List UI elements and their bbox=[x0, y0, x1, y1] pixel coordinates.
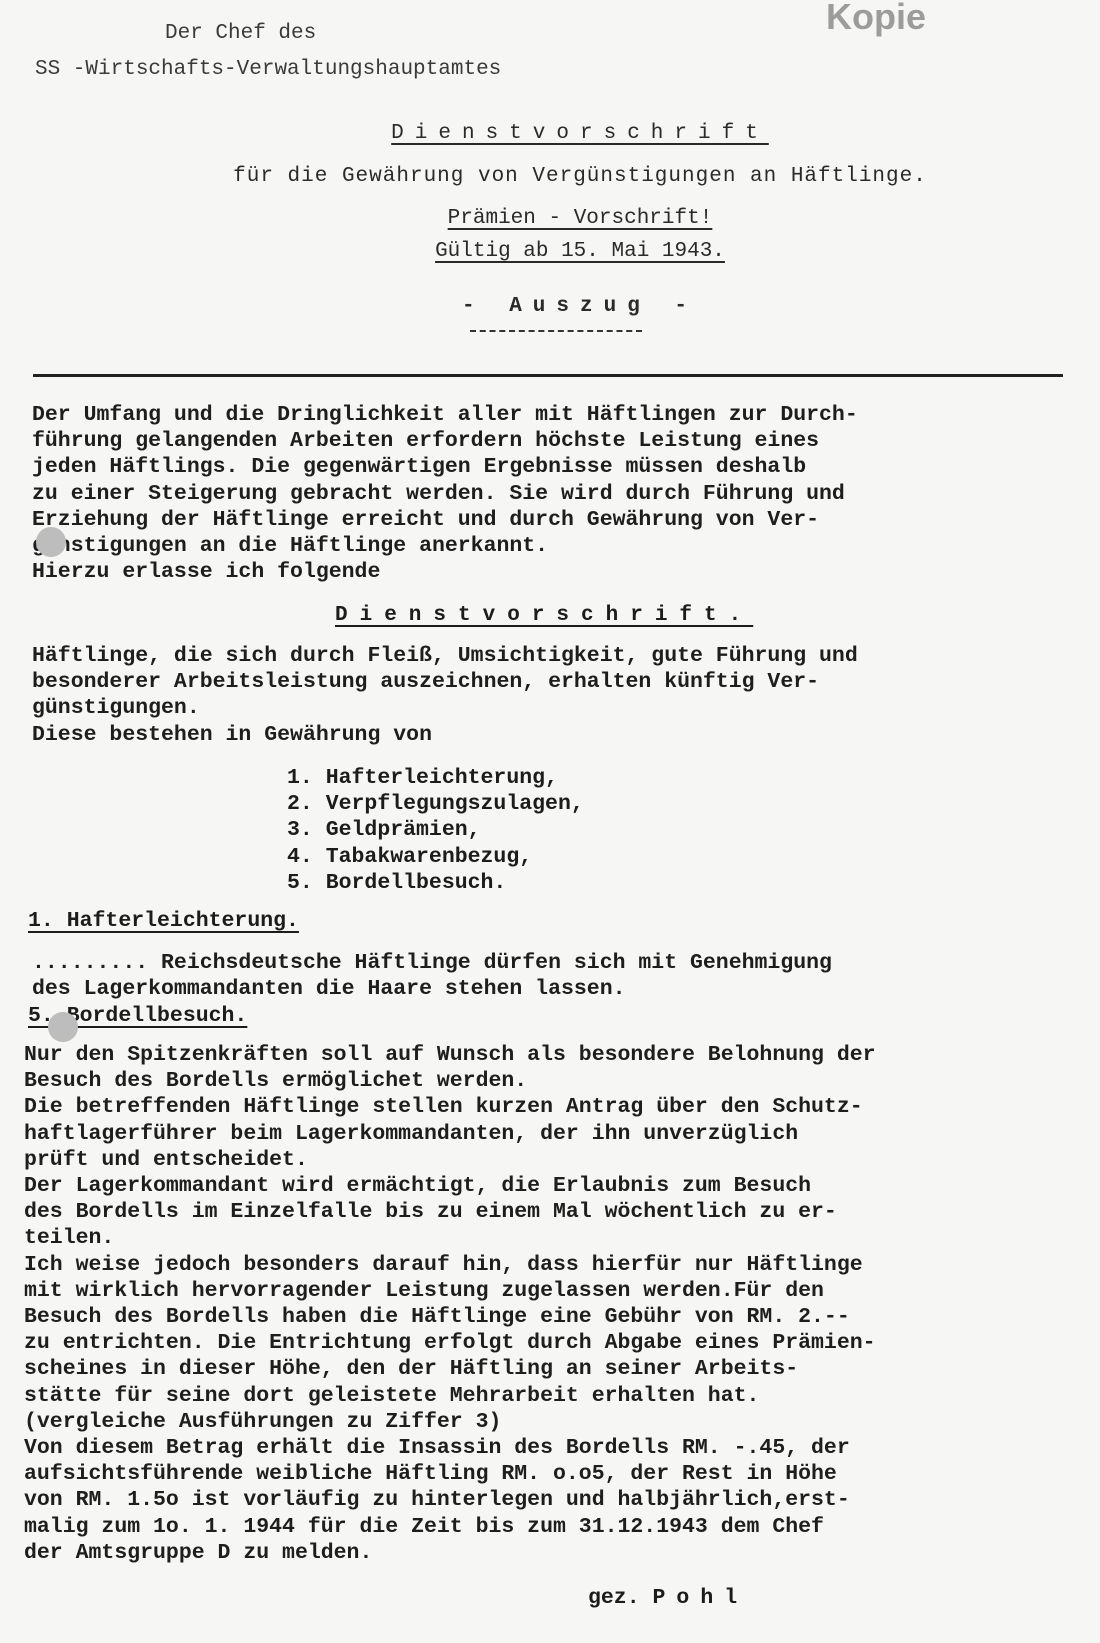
text-line: Nur den Spitzenkräften soll auf Wunsch a… bbox=[24, 1042, 1064, 1068]
document-kind: Prämien - Vorschrift! bbox=[30, 207, 1100, 230]
excerpt-dash-underline bbox=[470, 330, 642, 332]
list-item: 5. Bordellbesuch. bbox=[287, 870, 584, 896]
text-line: Besuch des Bordells haben die Häftlinge … bbox=[24, 1304, 1064, 1330]
redaction-dot bbox=[48, 1012, 78, 1042]
copy-stamp: Kopie bbox=[826, 0, 926, 38]
text-line: Häftlinge, die sich durch Fleiß, Umsicht… bbox=[32, 643, 1072, 669]
text-line: Erziehung der Häftlinge erreicht und dur… bbox=[32, 507, 1072, 533]
validity-date-text: Gültig ab 15. Mai 1943. bbox=[435, 240, 725, 263]
text-line: aufsichtsführende weibliche Häftling RM.… bbox=[24, 1461, 1064, 1487]
text-line: stätte für seine dort geleistete Mehrarb… bbox=[24, 1383, 1064, 1409]
document-title-text: Dienstvorschrift bbox=[391, 122, 769, 145]
text-line: teilen. bbox=[24, 1225, 1064, 1251]
redaction-dot bbox=[36, 527, 66, 557]
list-item: 4. Tabakwarenbezug, bbox=[287, 844, 584, 870]
text-line: zu entrichten. Die Entrichtung erfolgt d… bbox=[24, 1330, 1064, 1356]
text-line: Diese bestehen in Gewährung von bbox=[32, 722, 1072, 748]
section-1-body: ......... Reichsdeutsche Häftlinge dürfe… bbox=[32, 950, 1072, 1002]
section-5-body: Nur den Spitzenkräften soll auf Wunsch a… bbox=[24, 1042, 1064, 1566]
text-line: scheines in dieser Höhe, den der Häftlin… bbox=[24, 1356, 1064, 1382]
rules-paragraph: Häftlinge, die sich durch Fleiß, Umsicht… bbox=[32, 643, 1072, 748]
text-line: mit wirklich hervorragender Leistung zug… bbox=[24, 1278, 1064, 1304]
text-line: der Amtsgruppe D zu melden. bbox=[24, 1540, 1064, 1566]
text-line: Ich weise jedoch besonders darauf hin, d… bbox=[24, 1252, 1064, 1278]
excerpt-label: - Auszug - bbox=[30, 295, 1100, 318]
text-line: des Bordells im Einzelfalle bis zu einem… bbox=[24, 1199, 1064, 1225]
intro-paragraph: Der Umfang und die Dringlichkeit aller m… bbox=[32, 402, 1072, 585]
document-kind-text: Prämien - Vorschrift! bbox=[448, 207, 713, 230]
text-line: ......... Reichsdeutsche Häftlinge dürfe… bbox=[32, 950, 1072, 976]
text-line: besonderer Arbeitsleistung auszeichnen, … bbox=[32, 669, 1072, 695]
text-line: prüft und entscheidet. bbox=[24, 1147, 1064, 1173]
text-line: (vergleiche Ausführungen zu Ziffer 3) bbox=[24, 1409, 1064, 1435]
section-heading: Dienstvorschrift. bbox=[335, 604, 753, 627]
text-line: günstigungen an die Häftlinge anerkannt. bbox=[32, 533, 1072, 559]
list-item: 3. Geldprämien, bbox=[287, 817, 584, 843]
text-line: des Lagerkommandanten die Haare stehen l… bbox=[32, 976, 1072, 1002]
sender-line-2: SS -Wirtschafts-Verwaltungshauptamtes bbox=[35, 58, 501, 81]
sender-line-1: Der Chef des bbox=[165, 22, 316, 45]
section-1-heading: 1. Hafterleichterung. bbox=[28, 909, 299, 933]
validity-date: Gültig ab 15. Mai 1943. bbox=[30, 240, 1100, 263]
document-title: Dienstvorschrift bbox=[30, 122, 1100, 145]
benefits-list: 1. Hafterleichterung,2. Verpflegungszula… bbox=[287, 765, 584, 896]
list-item: 2. Verpflegungszulagen, bbox=[287, 791, 584, 817]
horizontal-rule bbox=[33, 374, 1063, 377]
text-line: von RM. 1.5o ist vorläufig zu hinterlege… bbox=[24, 1487, 1064, 1513]
signature-name: Pohl bbox=[653, 1586, 749, 1610]
signature: gez. Pohl bbox=[588, 1586, 748, 1610]
text-line: Hierzu erlasse ich folgende bbox=[32, 559, 1072, 585]
text-line: führung gelangenden Arbeiten erfordern h… bbox=[32, 428, 1072, 454]
document-subtitle: für die Gewährung von Vergünstigungen an… bbox=[30, 165, 1100, 188]
signature-prefix: gez. bbox=[588, 1586, 640, 1610]
text-line: zu einer Steigerung gebracht werden. Sie… bbox=[32, 481, 1072, 507]
text-line: Der Lagerkommandant wird ermächtigt, die… bbox=[24, 1173, 1064, 1199]
text-line: Besuch des Bordells ermöglichet werden. bbox=[24, 1068, 1064, 1094]
text-line: jeden Häftlings. Die gegenwärtigen Ergeb… bbox=[32, 454, 1072, 480]
document-page: Kopie Der Chef des SS -Wirtschafts-Verwa… bbox=[0, 0, 1100, 1643]
text-line: haftlagerführer beim Lagerkommandanten, … bbox=[24, 1121, 1064, 1147]
text-line: günstigungen. bbox=[32, 695, 1072, 721]
text-line: Von diesem Betrag erhält die Insassin de… bbox=[24, 1435, 1064, 1461]
text-line: Der Umfang und die Dringlichkeit aller m… bbox=[32, 402, 1072, 428]
list-item: 1. Hafterleichterung, bbox=[287, 765, 584, 791]
text-line: Die betreffenden Häftlinge stellen kurze… bbox=[24, 1094, 1064, 1120]
text-line: malig zum 1o. 1. 1944 für die Zeit bis z… bbox=[24, 1514, 1064, 1540]
